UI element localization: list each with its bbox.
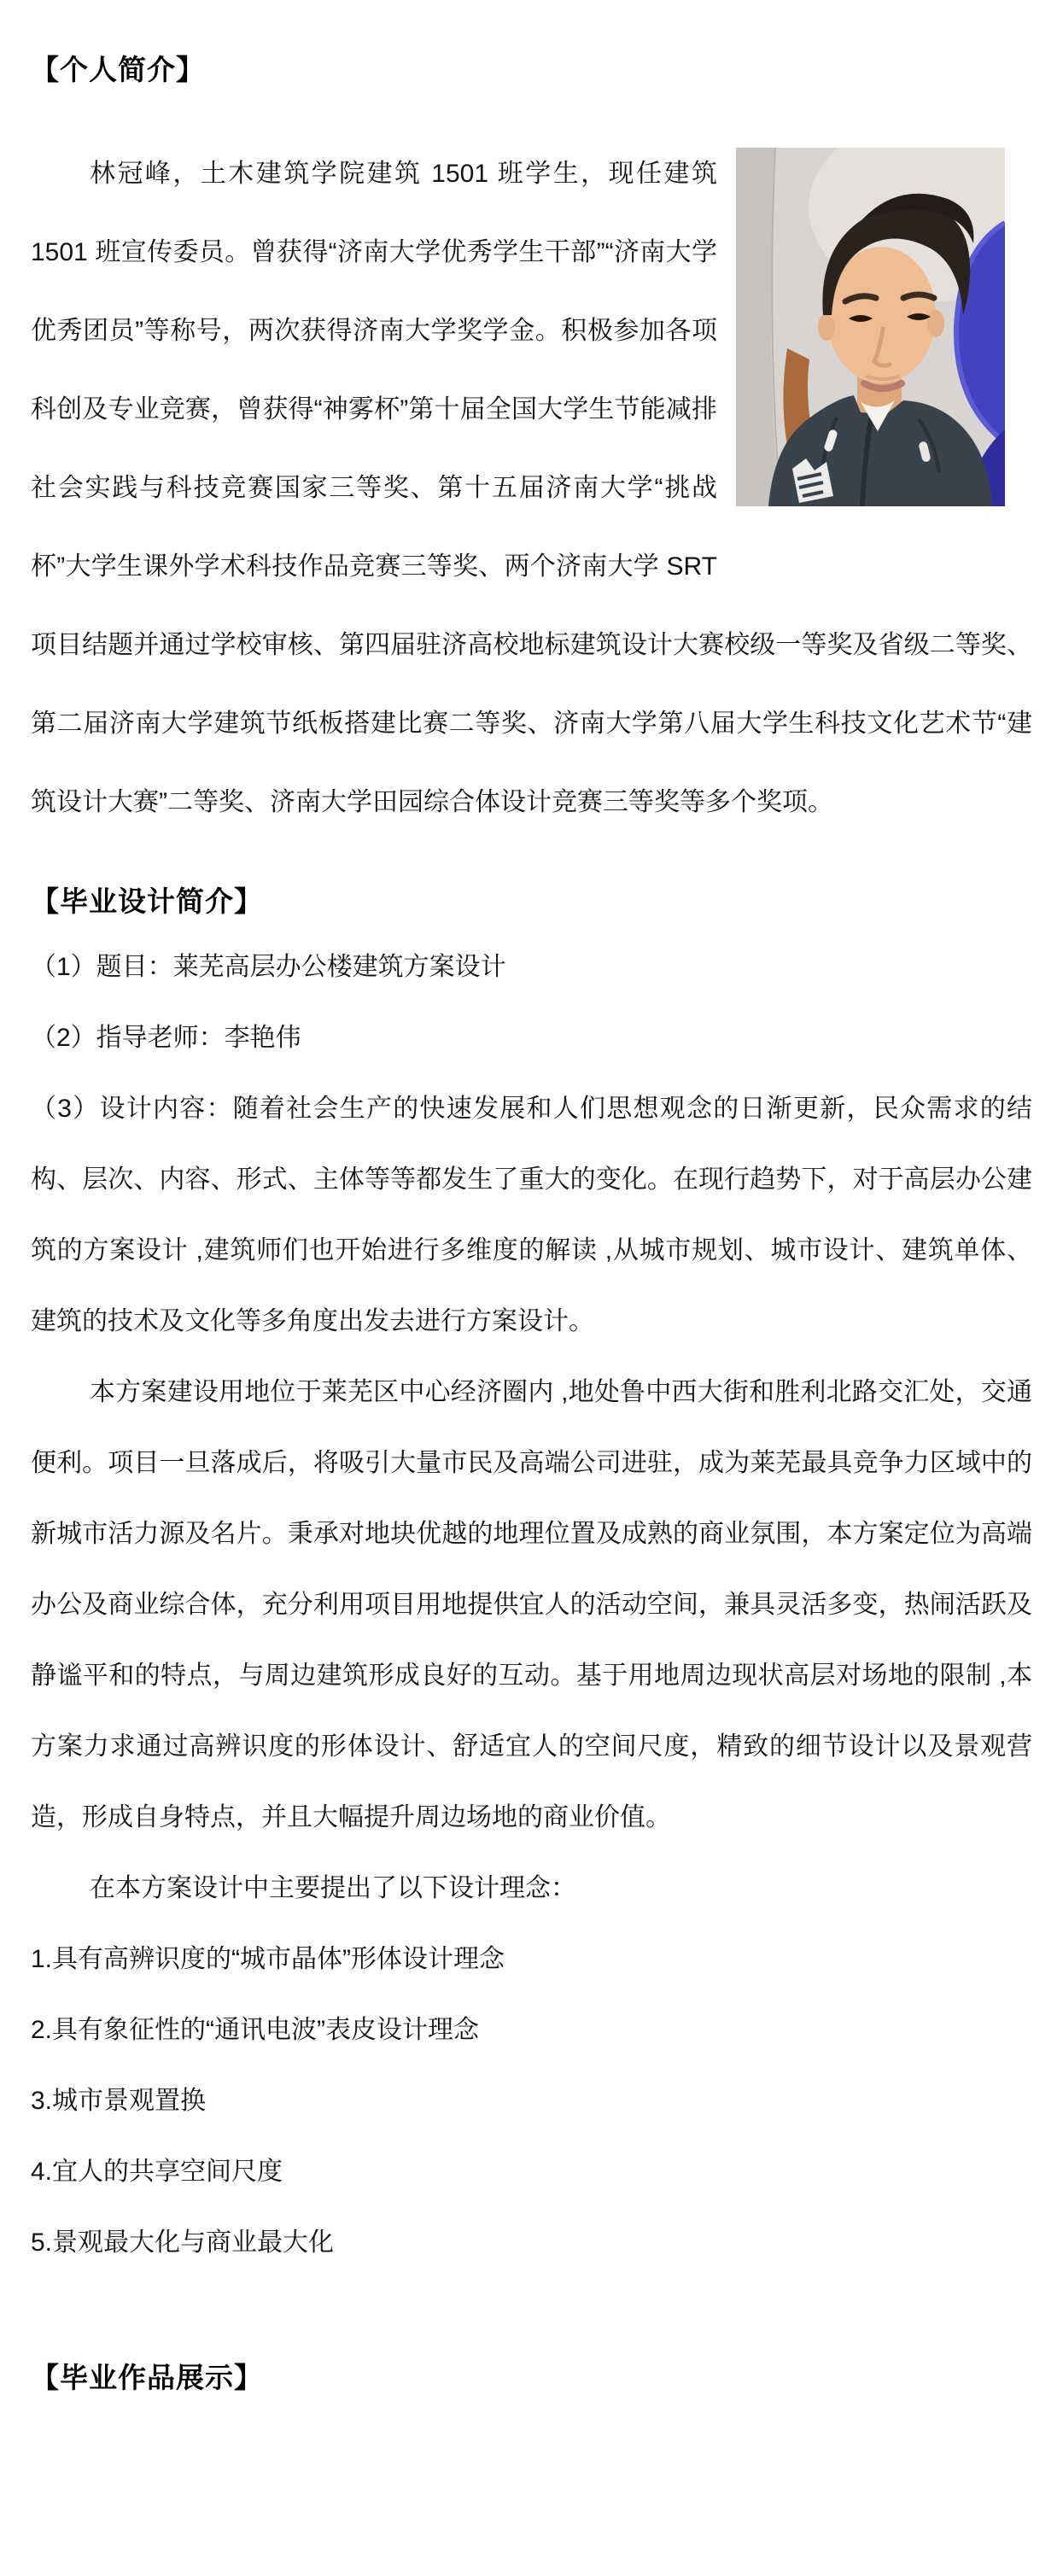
concept-item-5: 5.景观最大化与商业最大化 (31, 2207, 1032, 2278)
concept-item-1: 1.具有高辨识度的“城市晶体”形体设计理念 (31, 1924, 1032, 1995)
design-concepts-intro: 在本方案设计中主要提出了以下设计理念： (31, 1853, 1032, 1924)
design-topic-line: （1）题目：莱芜高层办公楼建筑方案设计 (31, 932, 1032, 1002)
design-site-paragraph: 本方案建设用地位于莱芜区中心经济圈内 ,地处鲁中西大街和胜利北路交汇处，交通便利… (31, 1357, 1032, 1853)
personal-intro-heading: 【个人简介】 (31, 51, 1032, 89)
concept-item-4: 4.宜人的共享空间尺度 (31, 2136, 1032, 2207)
personal-intro-paragraph: 林冠峰，土木建筑学院建筑 1501 班学生，现任建筑 1501 班宣传委员。曾获… (31, 135, 1032, 842)
concept-item-2: 2.具有象征性的“通讯电波”表皮设计理念 (31, 1995, 1032, 2065)
design-intro-heading: 【毕业设计简介】 (31, 883, 1032, 920)
concept-item-3: 3.城市景观置换 (31, 2065, 1032, 2136)
portrait-photo-image (736, 148, 1005, 506)
works-heading: 【毕业作品展示】 (31, 2359, 1032, 2397)
portrait-photo (736, 148, 1005, 506)
design-content-paragraph: （3）设计内容：随着社会生产的快速发展和人们思想观念的日渐更新，民众需求的结构、… (31, 1073, 1032, 1357)
document-page: 【个人简介】 (0, 51, 1063, 2427)
design-intro-body: （1）题目：莱芜高层办公楼建筑方案设计 （2）指导老师：李艳伟 （3）设计内容：… (31, 932, 1032, 2278)
design-advisor-line: （2）指导老师：李艳伟 (31, 1002, 1032, 1073)
